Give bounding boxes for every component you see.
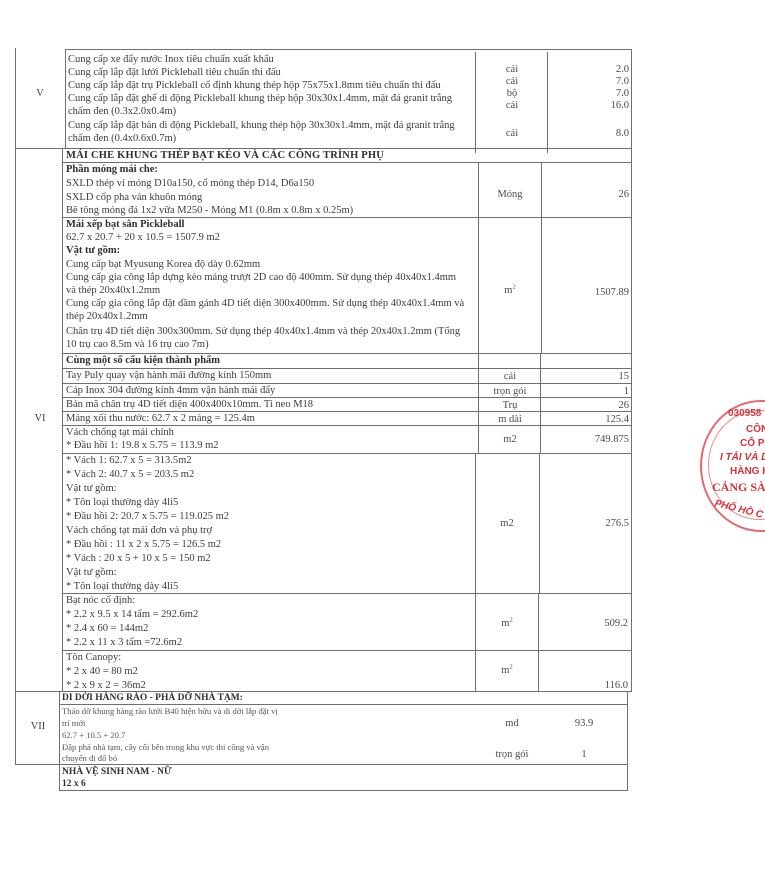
item-description: Cung cấp lắp đặt ghế di động Pickleball … <box>68 93 452 105</box>
item-description: 62.7 + 10.5 + 20.7 <box>62 730 125 742</box>
item-unit: m2 <box>463 518 551 529</box>
block-line: * 2.2 x 11 x 3 tấm =72.6m2 <box>66 637 182 649</box>
item-unit: cái <box>466 371 554 382</box>
block-line: SXLD thép vỉ móng D10a150, cổ móng thép … <box>66 178 314 190</box>
col-border <box>475 593 476 691</box>
section-title: DI DỜI HÀNG RÀO - PHÁ DỠ NHÀ TẠM: <box>62 692 243 704</box>
item-quantity: 26 <box>549 400 629 411</box>
item-quantity: 7.0 <box>549 88 629 99</box>
row-border <box>62 353 632 354</box>
item-description: Bản mã chân trụ 4D tiết diện 400x400x10m… <box>66 399 313 411</box>
block-line: thép 20x40x1.2mm <box>66 311 148 323</box>
item-quantity: 93.9 <box>540 718 628 730</box>
item-unit: cái <box>468 100 556 111</box>
item-quantity: 276.5 <box>549 518 629 529</box>
item-unit: cái <box>468 64 556 75</box>
item-quantity: 8.0 <box>549 128 629 139</box>
item-unit: m2 <box>466 285 554 296</box>
block-line: SXLD cốp pha ván khuôn móng <box>66 192 202 204</box>
item-description: Vách chống tạt mái chính <box>66 427 174 439</box>
col-border <box>547 148 548 153</box>
item-quantity: 1 <box>540 749 628 761</box>
block-line: * Vách 1: 62.7 x 5 = 313.5m2 <box>66 455 192 467</box>
section-number: V <box>10 88 70 99</box>
stamp-text: HÀNG HẢ <box>730 466 765 477</box>
block-line: Chân trụ 4D tiết diện 300x300mm. Sử dụng… <box>66 326 460 338</box>
block-line: Vách chống tạt mái đơn và phụ trợ <box>66 525 212 537</box>
col-border <box>59 691 60 791</box>
block-heading: Vật tư gồm: <box>66 245 120 257</box>
section-title: MÁI CHE KHUNG THÉP BẠT KÉO VÀ CÁC CÔNG T… <box>66 150 384 162</box>
row-border <box>65 49 632 50</box>
item-quantity: 116.0 <box>548 680 628 691</box>
stamp-code: 030958 <box>728 408 761 419</box>
item-quantity: 15 <box>549 371 629 382</box>
block-line: Tôn Canopy: <box>66 652 121 664</box>
item-description: chấm đen (0.3x2.0x0.4m) <box>68 106 176 118</box>
item-description: trí mới <box>62 718 85 730</box>
company-stamp: 030958 CÔNG CỔ PHẦ I TẢI VÀ D HÀNG HẢ CẢ… <box>700 400 765 530</box>
item-description: Tay Puly quay vận hành mái đường kính 15… <box>66 370 271 382</box>
row-border <box>62 425 632 426</box>
col-border <box>627 691 628 791</box>
block-line: Cung cấp gia công lắp đặt dầm gánh 4D ti… <box>66 298 464 310</box>
item-quantity: 509.2 <box>548 618 628 629</box>
item-unit: m2 <box>463 665 551 676</box>
block-line: Cung cấp gia công lắp dựng kèo máng trượ… <box>66 272 456 284</box>
item-unit: m2 <box>466 434 554 445</box>
item-description: Đập phá nhà tạm, cây cối bên trong khu v… <box>62 742 269 754</box>
block-line: Vật tư gồm: <box>66 483 117 495</box>
row-border <box>62 650 632 651</box>
row-border <box>62 368 632 369</box>
block-line: * 2.4 x 60 = 144m2 <box>66 623 148 635</box>
block-line: và thép 20x40x1.2mm <box>66 285 160 297</box>
block-line: * 2 x 40 = 80 m2 <box>66 666 138 678</box>
block-line: * Vách : 20 x 5 + 10 x 5 = 150 m2 <box>66 553 211 565</box>
block-heading: Cùng một số cấu kiện thành phẩm <box>66 355 220 367</box>
item-unit: Trụ <box>466 400 554 411</box>
block-line: Vật tư gồm: <box>66 567 117 579</box>
document-page: V Cung cấp xe đẩy nước Inox tiêu chuẩn x… <box>0 0 765 878</box>
section-title: NHÀ VỆ SINH NAM - NỮ <box>62 766 172 778</box>
item-description: chuyển đi đổ bỏ <box>62 753 117 765</box>
item-description: Cung cấp lắp đặt bàn di động Pickleball,… <box>68 120 455 132</box>
block-line: 10 trụ cao 8.5m và 16 trụ cao 7m) <box>66 339 209 351</box>
stamp-text: I TẢI VÀ D <box>720 452 765 463</box>
item-unit: cái <box>468 76 556 87</box>
item-quantity: 1507.89 <box>549 287 629 298</box>
row-border <box>15 148 632 149</box>
row-border <box>59 704 628 705</box>
block-line: Cung cấp bạt Myusung Korea độ dày 0.62mm <box>66 259 260 271</box>
item-unit: cái <box>468 128 556 139</box>
block-heading: Phần móng mái che: <box>66 164 158 176</box>
block-line: * Vách 2: 40.7 x 5 = 203.5 m2 <box>66 469 194 481</box>
row-border <box>62 383 632 384</box>
block-line: 62.7 x 20.7 + 20 x 10.5 = 1507.9 m2 <box>66 232 220 244</box>
item-quantity: 7.0 <box>549 76 629 87</box>
item-description: chấm đen (0.4x0.6x0.7m) <box>68 133 176 145</box>
item-description: Cung cấp lắp đặt lưới Pickleball tiêu ch… <box>68 67 281 79</box>
row-border <box>15 764 628 765</box>
item-unit: trọn gói <box>466 386 554 397</box>
row-border <box>62 593 632 594</box>
row-border <box>62 397 632 398</box>
block-line: Bê tông móng đá 1x2 vữa M250 - Móng M1 (… <box>66 205 353 217</box>
row-border <box>62 411 632 412</box>
block-line: 12 x 6 <box>62 778 86 790</box>
stamp-text: CỔ PHẦ <box>740 438 765 449</box>
section-number: VII <box>8 721 68 732</box>
item-description: Tháo dỡ khung hàng rào lưới B40 hiện hữu… <box>62 706 278 718</box>
col-border <box>538 593 539 691</box>
item-quantity: 1 <box>549 386 629 397</box>
col-border <box>631 148 632 691</box>
col-border <box>631 50 632 148</box>
block-line: Bạt nóc cố định: <box>66 595 135 607</box>
item-quantity: 16.0 <box>549 100 629 111</box>
item-unit: m dài <box>466 414 554 425</box>
col-border <box>475 148 476 153</box>
item-quantity: 749.875 <box>549 434 629 445</box>
row-border <box>62 453 632 454</box>
item-description: * Đầu hồi 1: 19.8 x 5.75 = 113.9 m2 <box>66 440 219 452</box>
item-quantity: 26 <box>549 189 629 200</box>
item-unit: bộ <box>468 88 556 99</box>
item-description: Cung cấp xe đẩy nước Inox tiêu chuẩn xuấ… <box>68 54 274 66</box>
item-quantity: 125.4 <box>549 414 629 425</box>
item-description: Cung cấp lắp đặt trụ Pickleball cố định … <box>68 80 441 92</box>
item-description: Máng xối thu nước: 62.7 x 2 máng = 125.4… <box>66 413 255 425</box>
block-line: * Đầu hồi : 11 x 2 x 5.75 = 126.5 m2 <box>66 539 221 551</box>
block-heading: Mái xếp bạt sân Pickleball <box>66 219 184 231</box>
stamp-text: CẢNG SÀI G <box>712 480 765 495</box>
block-line: * 2.2 x 9.5 x 14 tấm = 292.6m2 <box>66 609 198 621</box>
item-description: Cáp Inox 304 đường kính 4mm vận hành mái… <box>66 385 275 397</box>
row-border <box>62 217 632 218</box>
item-unit: Móng <box>466 189 554 200</box>
item-unit: m2 <box>463 618 551 629</box>
block-line: * Đầu hồi 2: 20.7 x 5.75 = 119.025 m2 <box>66 511 229 523</box>
block-line: * Tôn loại thường dày 4li5 <box>66 497 178 509</box>
row-border <box>59 790 628 791</box>
item-quantity: 2.0 <box>549 64 629 75</box>
stamp-text: CÔNG <box>746 424 765 435</box>
section-number: VI <box>10 413 70 424</box>
block-line: * Tôn loại thường dày 4li5 <box>66 581 178 593</box>
